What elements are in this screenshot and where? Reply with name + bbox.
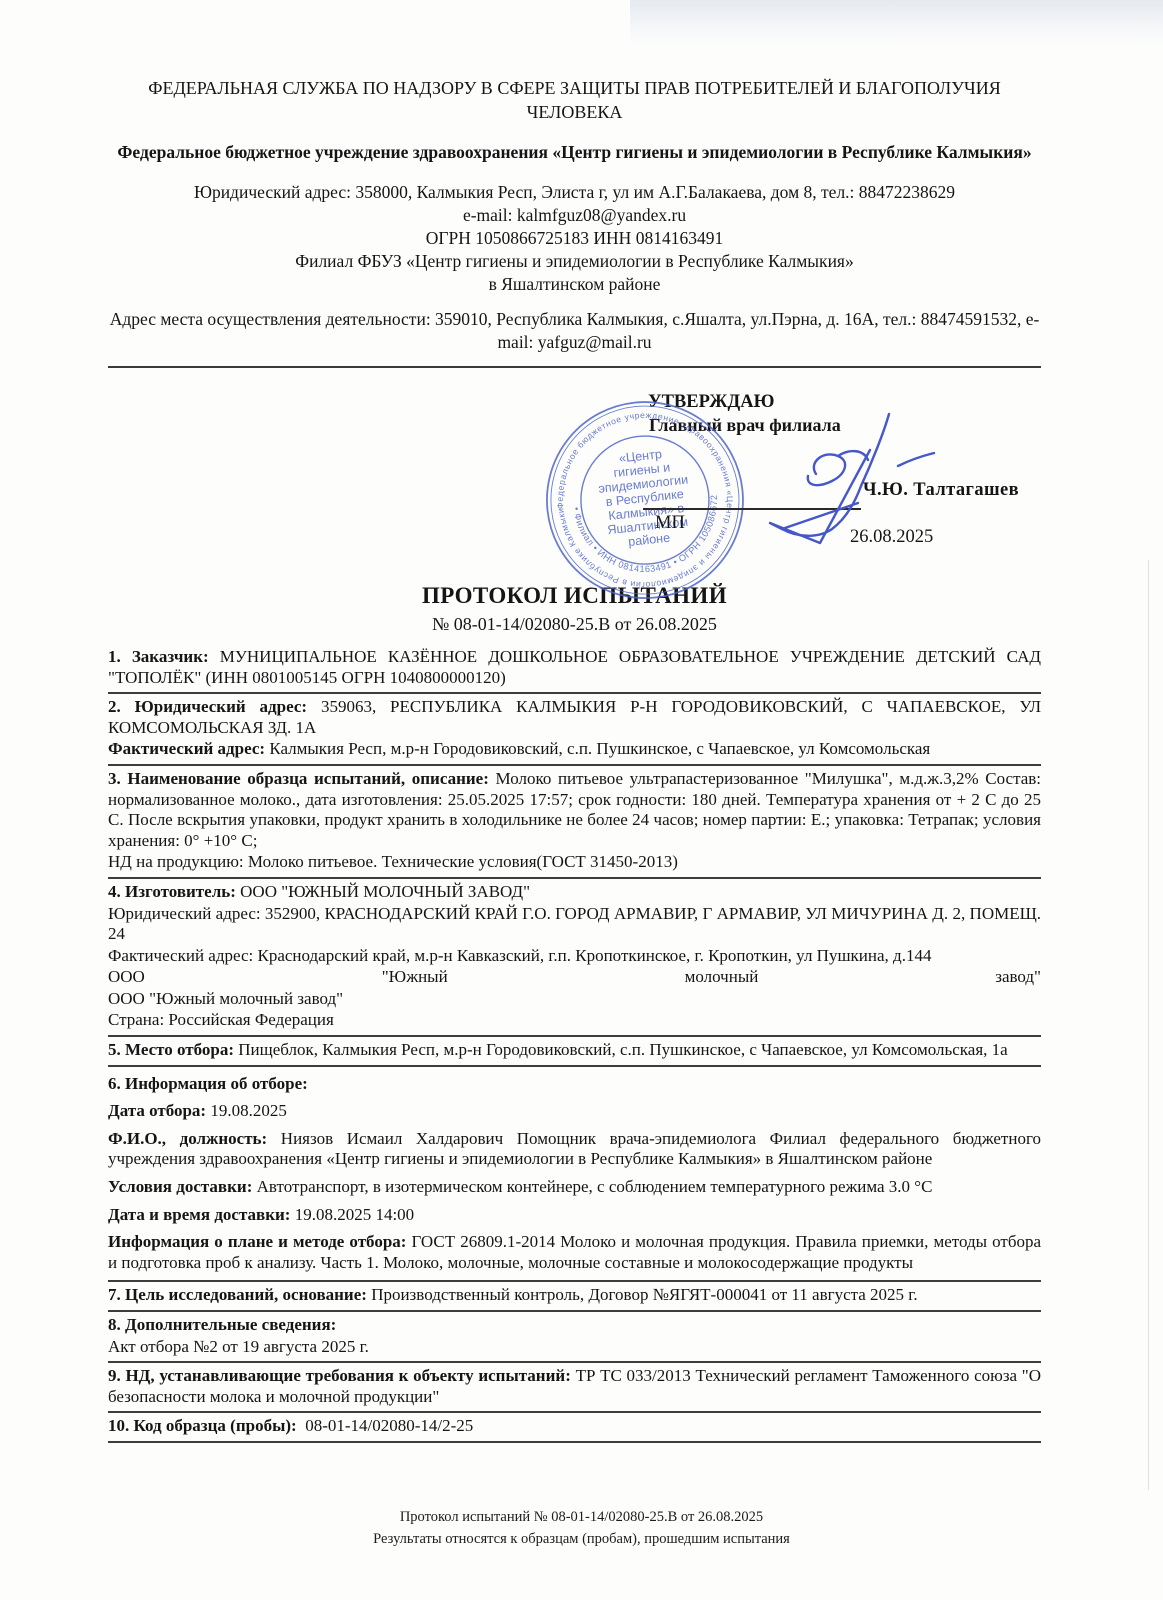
sections: 1. Заказчик: МУНИЦИПАЛЬНОЕ КАЗЁННОЕ ДОШК…	[108, 647, 1041, 1443]
purpose-value: Производственный контроль, Договор №ЯГЯТ…	[371, 1285, 917, 1304]
document-page: ФЕДЕРАЛЬНАЯ СЛУЖБА ПО НАДЗОРУ В СФЕРЕ ЗА…	[0, 0, 1163, 1600]
sample-code-value: 08-01-14/02080-14/2-25	[305, 1416, 473, 1435]
sampling-place-label: 5. Место отбора:	[108, 1040, 234, 1059]
additional-info-label: 8. Дополнительные сведения:	[108, 1315, 336, 1334]
section-manufacturer: 4. Изготовитель: ООО "ЮЖНЫЙ МОЛОЧНЫЙ ЗАВ…	[108, 882, 1041, 1031]
section-requirements: 9. НД, устанавливающие требования к объе…	[108, 1366, 1041, 1407]
actual-address-value: Калмыкия Респ, м.р-н Городовиковский, с.…	[269, 739, 930, 758]
section-divider	[108, 1280, 1041, 1282]
section-divider	[108, 692, 1041, 694]
section-divider	[108, 1035, 1041, 1037]
manufacturer-country: Страна: Российская Федерация	[108, 1010, 1041, 1031]
scan-artifact-right-edge	[1148, 560, 1149, 1490]
delivery-conditions-value: Автотранспорт, в изотермическом контейне…	[257, 1177, 933, 1196]
section-divider	[108, 1411, 1041, 1413]
section-sampling-place: 5. Место отбора: Пищеблок, Калмыкия Респ…	[108, 1040, 1041, 1061]
manufacturer-legal-address: Юридический адрес: 352900, КРАСНОДАРСКИЙ…	[108, 904, 1041, 945]
email-line: e-mail: kalmfguz08@yandex.ru	[108, 204, 1041, 227]
section-sample-description: 3. Наименование образца испытаний, описа…	[108, 769, 1041, 873]
sampler-fio-label: Ф.И.О., должность:	[108, 1129, 267, 1148]
approval-date: 26.08.2025	[850, 527, 933, 548]
footer-protocol-ref: Протокол испытаний № 08-01-14/02080-25.В…	[0, 1506, 1163, 1528]
section-divider	[108, 1310, 1041, 1312]
delivery-datetime-value: 19.08.2025 14:00	[295, 1205, 414, 1224]
section-customer: 1. Заказчик: МУНИЦИПАЛЬНОЕ КАЗЁННОЕ ДОШК…	[108, 647, 1041, 688]
sampling-date-value: 19.08.2025	[210, 1101, 287, 1120]
section-divider	[108, 764, 1041, 766]
section-divider	[108, 1065, 1041, 1067]
protocol-number: № 08-01-14/02080-25.В от 26.08.2025	[108, 614, 1041, 635]
section-divider	[108, 877, 1041, 879]
branch-line: Филиал ФБУЗ «Центр гигиены и эпидемиолог…	[108, 250, 1041, 273]
legal-address-label: 2. Юридический адрес:	[108, 697, 307, 716]
approval-block: УТВЕРЖДАЮ Главный врач филиала Федеральн…	[108, 368, 1041, 583]
purpose-label: 7. Цель исследований, основание:	[108, 1285, 367, 1304]
signer-name: Ч.Ю. Талтагашев	[863, 480, 1019, 501]
manufacturer-name: ООО "ЮЖНЫЙ МОЛОЧНЫЙ ЗАВОД"	[240, 882, 530, 901]
document-content: ФЕДЕРАЛЬНАЯ СЛУЖБА ПО НАДЗОРУ В СФЕРЕ ЗА…	[108, 0, 1041, 1446]
sample-code-label: 10. Код образца (пробы):	[108, 1416, 297, 1435]
delivery-datetime-label: Дата и время доставки:	[108, 1205, 290, 1224]
org-address-block: Юридический адрес: 358000, Калмыкия Респ…	[108, 181, 1041, 296]
customer-label: 1. Заказчик:	[108, 647, 209, 666]
round-stamp-icon: Федеральное бюджетное учреждение здравоо…	[533, 388, 758, 613]
sampling-date-label: Дата отбора:	[108, 1101, 206, 1120]
mp-label: МП	[655, 513, 685, 534]
footer-note: Результаты относятся к образцам (пробам)…	[0, 1528, 1163, 1550]
section-divider	[108, 1361, 1041, 1363]
sampling-place-value: Пищеблок, Калмыкия Респ, м.р-н Городовик…	[238, 1040, 1007, 1059]
delivery-conditions-label: Условия доставки:	[108, 1177, 252, 1196]
nd-product-line: НД на продукцию: Молоко питьевое. Технич…	[108, 852, 1041, 873]
sample-label: 3. Наименование образца испытаний, описа…	[108, 769, 489, 788]
actual-address-label: Фактический адрес:	[108, 739, 265, 758]
section-legal-address: 2. Юридический адрес: 359063, РЕСПУБЛИКА…	[108, 697, 1041, 760]
legal-address: Юридический адрес: 358000, Калмыкия Респ…	[108, 181, 1041, 204]
additional-info-value: Акт отбора №2 от 19 августа 2025 г.	[108, 1337, 1041, 1358]
manufacturer-actual-address: Фактический адрес: Краснодарский край, м…	[108, 946, 1041, 967]
branch-location-line: в Яшалтинском районе	[108, 273, 1041, 296]
agency-name: ФЕДЕРАЛЬНАЯ СЛУЖБА ПО НАДЗОРУ В СФЕРЕ ЗА…	[108, 76, 1041, 125]
page-footer: Протокол испытаний № 08-01-14/02080-25.В…	[0, 1506, 1163, 1551]
section-additional-info: 8. Дополнительные сведения: Акт отбора №…	[108, 1315, 1041, 1357]
section-purpose: 7. Цель исследований, основание: Произво…	[108, 1285, 1041, 1306]
ogrn-inn-line: ОГРН 1050866725183 ИНН 0814163491	[108, 227, 1041, 250]
sampling-plan-label: Информация о плане и методе отбора:	[108, 1232, 406, 1251]
customer-value: МУНИЦИПАЛЬНОЕ КАЗЁННОЕ ДОШКОЛЬНОЕ ОБРАЗО…	[108, 647, 1041, 687]
manufacturer-label: 4. Изготовитель:	[108, 882, 236, 901]
section-sample-code: 10. Код образца (пробы): 08-01-14/02080-…	[108, 1416, 1041, 1437]
org-name: Федеральное бюджетное учреждение здравоо…	[108, 140, 1041, 165]
section-sampling-info: 6. Информация об отборе: Дата отбора: 19…	[108, 1074, 1041, 1274]
manufacturer-name-spread: ООО "Южный молочный завод"	[108, 967, 1041, 988]
requirements-label: 9. НД, устанавливающие требования к объе…	[108, 1366, 571, 1385]
manufacturer-name-repeat: ООО "Южный молочный завод"	[108, 989, 1041, 1010]
sampling-info-label: 6. Информация об отборе:	[108, 1074, 308, 1093]
section-divider	[108, 1441, 1041, 1443]
activity-address: Адрес места осуществления деятельности: …	[108, 308, 1041, 354]
